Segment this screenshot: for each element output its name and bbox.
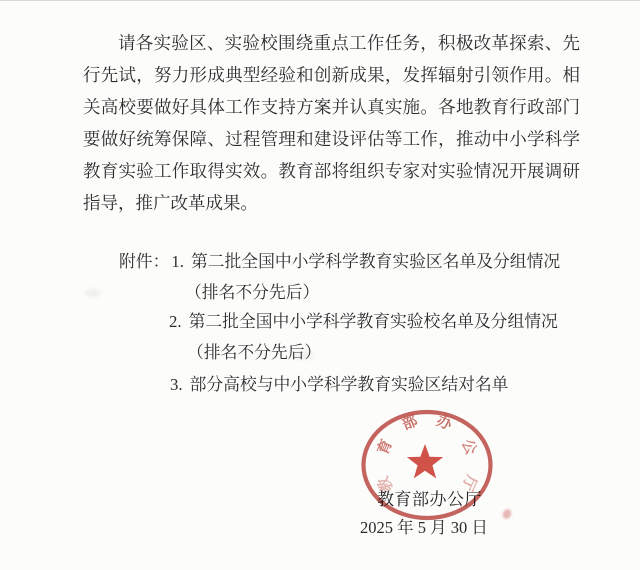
paragraph-line: 指导，推广改革成果。 <box>83 187 580 219</box>
attachment-item-2: 2.第二批全国中小学科学教育实验校名单及分组情况 <box>169 306 558 337</box>
scan-smudge <box>292 350 314 360</box>
paragraph-line: 要做好统筹保障、过程管理和建设评估等工作，推动中小学科学 <box>83 123 580 155</box>
attachment-item-3: 3.部分高校与中小学科学教育实验区结对名单 <box>170 369 508 400</box>
attachment-title: 第二批全国中小学科学教育实验校名单及分组情况 <box>189 312 558 331</box>
scanned-official-document: 请各实验区、实验校围绕重点工作任务，积极改革探索、先 行先试，努力形成典型经验和… <box>0 0 640 570</box>
attachment-number: 2. <box>169 312 182 331</box>
attachment-title: 第二批全国中小学科学教育实验区名单及分组情况 <box>191 252 560 271</box>
seal-star-icon <box>407 444 443 478</box>
body-paragraph: 请各实验区、实验校围绕重点工作任务，积极改革探索、先 行先试，努力形成典型经验和… <box>83 27 580 220</box>
attachment-item-1: 附件：1.第二批全国中小学科学教育实验区名单及分组情况 <box>119 246 560 277</box>
attachment-note-1: （排名不分先后） <box>185 277 319 308</box>
seal-arc-char: 公 <box>458 437 480 458</box>
paragraph-line: 请各实验区、实验校围绕重点工作任务，积极改革探索、先 <box>83 27 580 59</box>
seal-arc-char: 厅 <box>458 472 480 494</box>
attachments-label: 附件： <box>119 252 169 271</box>
paragraph-line: 教育实验工作取得实效。教育部将组织专家对实验情况开展调研 <box>83 155 580 187</box>
paragraph-line: 关高校要做好具体工作支持方案并认真实施。各地教育行政部门 <box>83 91 580 123</box>
attachment-title: 部分高校与中小学科学教育实验区结对名单 <box>190 375 509 394</box>
seal-ink-smudge <box>501 508 512 520</box>
seal-arc-char: 教 <box>374 473 396 495</box>
attachment-number: 1. <box>171 252 184 271</box>
attachment-number: 3. <box>170 375 183 394</box>
official-red-seal: 教 育 部 办 公 厅 <box>356 405 500 527</box>
paragraph-line: 行先试，努力形成典型经验和创新成果，发挥辐射引领作用。相 <box>83 59 580 91</box>
seal-arc-char: 育 <box>373 437 395 458</box>
scan-smudge <box>85 289 101 297</box>
